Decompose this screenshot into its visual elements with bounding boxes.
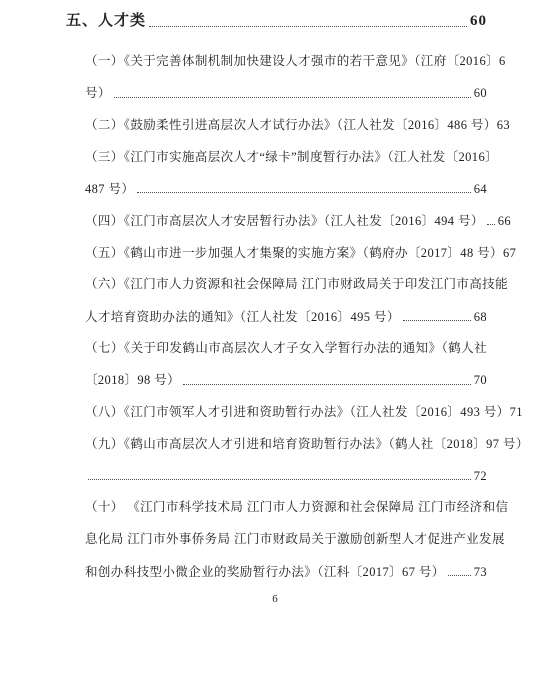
toc-entry-line: 号） 60 <box>85 77 487 109</box>
toc-page-number: 67 <box>503 246 516 260</box>
toc-entry-text: （六）《江门市人力资源和社会保障局 江门市财政局关于印发江门市高技能 <box>85 277 508 291</box>
footer-page-number: 6 <box>0 593 550 605</box>
section-heading-title: 五、人才类 <box>66 9 146 30</box>
dot-leader <box>114 97 471 98</box>
toc-entry-line: 〔2018〕98 号） 70 <box>85 364 487 396</box>
toc-entry-text: 487 号） <box>85 182 134 196</box>
toc-entry-text: （二）《鼓励柔性引进高层次人才试行办法》（江人社发〔2016〕486 号） <box>85 118 497 132</box>
toc-entry-line: （六）《江门市人力资源和社会保障局 江门市财政局关于印发江门市高技能 <box>85 268 487 300</box>
dot-leader <box>149 26 467 27</box>
dot-leader <box>403 320 471 321</box>
toc-entry-line: （五）《鹤山市进一步加强人才集聚的实施方案》（鹤府办〔2017〕48 号） 67 <box>85 236 487 268</box>
dot-leader <box>448 575 471 576</box>
toc-entry-text: （十） 《江门市科学技术局 江门市人力资源和社会保障局 江门市经济和信 <box>85 500 508 514</box>
toc-entry-text: （九）《鹤山市高层次人才引进和培育资助暂行办法》（鹤人社〔2018〕97 号） <box>85 437 529 451</box>
toc-page-number: 64 <box>474 182 487 196</box>
toc-entry-text: 号） <box>85 86 111 100</box>
toc-entry-text: （四）《江门市高层次人才安居暂行办法》（江人社发〔2016〕494 号） <box>85 214 484 228</box>
toc-entry-text: 和创办科技型小微企业的奖励暂行办法》（江科〔2017〕67 号） <box>85 565 445 579</box>
toc-entry-text: 息化局 江门市外事侨务局 江门市财政局关于激励创新型人才促进产业发展 <box>85 532 505 546</box>
toc-entry-line: （七）《关于印发鹤山市高层次人才子女入学暂行办法的通知》（鹤人社 <box>85 332 487 364</box>
toc-entry-line: 息化局 江门市外事侨务局 江门市财政局关于激励创新型人才促进产业发展 <box>85 523 487 555</box>
dot-leader <box>183 384 471 385</box>
toc-entry-text: （八）《江门市领军人才引进和资助暂行办法》（江人社发〔2016〕493 号） <box>85 405 510 419</box>
toc-entry-text: （五）《鹤山市进一步加强人才集聚的实施方案》（鹤府办〔2017〕48 号） <box>85 246 503 260</box>
toc-entry-line: （十） 《江门市科学技术局 江门市人力资源和社会保障局 江门市经济和信 <box>85 491 487 523</box>
dot-leader <box>88 479 471 480</box>
toc-content: 五、人才类 60 （一）《关于完善体制机制加快建设人才强市的若干意见》（江府〔2… <box>66 6 487 587</box>
toc-page-number: 70 <box>474 373 487 387</box>
toc-entry-line: （九）《鹤山市高层次人才引进和培育资助暂行办法》（鹤人社〔2018〕97 号） <box>85 428 487 460</box>
toc-page-number: 68 <box>474 310 487 324</box>
dot-leader <box>487 224 495 225</box>
toc-page-number: 72 <box>474 469 487 483</box>
toc-entry-text: 〔2018〕98 号） <box>85 373 180 387</box>
toc-entry-text: （三）《江门市实施高层次人才“绿卡”制度暂行办法》（江人社发〔2016〕 <box>85 150 498 164</box>
toc-page-number: 66 <box>498 214 511 228</box>
document-page: 五、人才类 60 （一）《关于完善体制机制加快建设人才强市的若干意见》（江府〔2… <box>0 0 550 679</box>
toc-entry-line: 487 号） 64 <box>85 173 487 205</box>
toc-entry-line: 和创办科技型小微企业的奖励暂行办法》（江科〔2017〕67 号） 73 <box>85 555 487 587</box>
toc-entry-line: （四）《江门市高层次人才安居暂行办法》（江人社发〔2016〕494 号） 66 <box>85 204 487 236</box>
toc-entries: （一）《关于完善体制机制加快建设人才强市的若干意见》（江府〔2016〕6 号） … <box>85 45 487 587</box>
dot-leader <box>137 192 470 193</box>
section-heading-line: 五、人才类 60 <box>66 6 487 36</box>
toc-page-number: 60 <box>474 86 487 100</box>
toc-entry-line: （一）《关于完善体制机制加快建设人才强市的若干意见》（江府〔2016〕6 <box>85 45 487 77</box>
toc-page-number: 73 <box>474 565 487 579</box>
toc-entry-text: 人才培育资助办法的通知》（江人社发〔2016〕495 号） <box>85 310 400 324</box>
toc-entry-line: （二）《鼓励柔性引进高层次人才试行办法》（江人社发〔2016〕486 号） 63 <box>85 109 487 141</box>
toc-page-number: 71 <box>510 405 523 419</box>
toc-entry-text: （一）《关于完善体制机制加快建设人才强市的若干意见》（江府〔2016〕6 <box>85 54 506 68</box>
toc-entry-text: （七）《关于印发鹤山市高层次人才子女入学暂行办法的通知》（鹤人社 <box>85 341 487 355</box>
toc-page-number: 63 <box>497 118 510 132</box>
toc-entry-line: 人才培育资助办法的通知》（江人社发〔2016〕495 号） 68 <box>85 300 487 332</box>
toc-entry-line: （三）《江门市实施高层次人才“绿卡”制度暂行办法》（江人社发〔2016〕 <box>85 141 487 173</box>
section-heading-page-number: 60 <box>470 13 487 30</box>
toc-entry-line: 72 <box>85 460 487 492</box>
toc-entry-line: （八）《江门市领军人才引进和资助暂行办法》（江人社发〔2016〕493 号） 7… <box>85 396 487 428</box>
